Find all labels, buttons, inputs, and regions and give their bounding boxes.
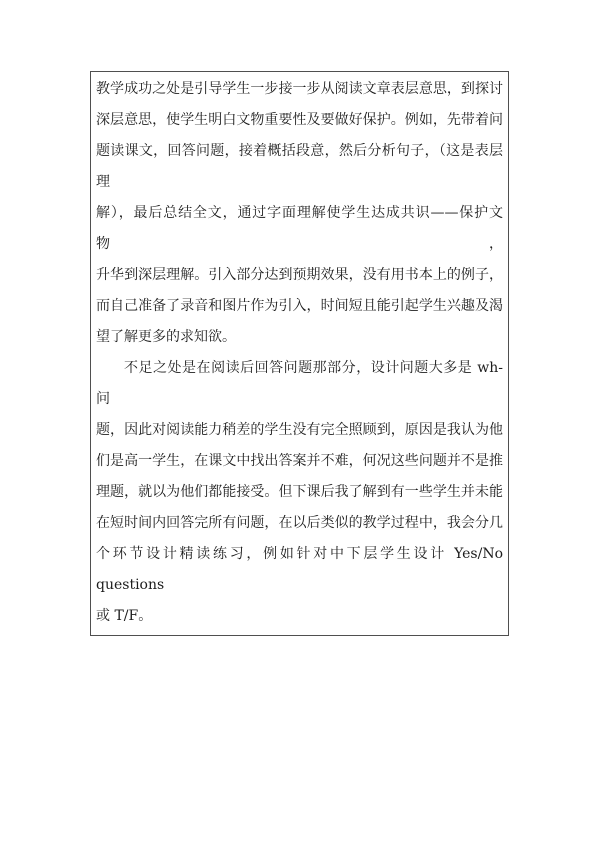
text-line: 在短时间内回答完所有问题，在以后类似的教学过程中，我会分几 [96, 508, 503, 539]
text-line: 而自己准备了录音和图片作为引入，时间短且能引起学生兴趣及渴 [96, 291, 503, 322]
text-line: 升华到深层理解。引入部分达到预期效果，没有用书本上的例子， [96, 260, 503, 291]
text-line: 们是高一学生，在课文中找出答案并不难，何况这些问题并不是推 [96, 446, 503, 477]
text-line: 解），最后总结全文，通过字面理解使学生达成共识——保护文物， [96, 198, 503, 260]
document-page: 教学成功之处是引导学生一步接一步从阅读文章表层意思，到探讨深层意思，使学生明白文… [0, 0, 595, 842]
text-line: 深层意思，使学生明白文物重要性及要做好保护。例如，先带着问 [96, 105, 503, 136]
text-line: 望了解更多的求知欲。 [96, 322, 503, 353]
text-line: 题读课文，回答问题，接着概括段意，然后分析句子，（这是表层理 [96, 136, 503, 198]
text-line: 或 T/F。 [96, 601, 503, 632]
paragraph: 教学成功之处是引导学生一步接一步从阅读文章表层意思，到探讨深层意思，使学生明白文… [96, 74, 503, 353]
text-line: 理题，就以为他们都能接受。但下课后我了解到有一些学生并未能 [96, 477, 503, 508]
text-line: 不足之处是在阅读后回答问题那部分，设计问题大多是 wh-问 [96, 353, 503, 415]
paragraph: 不足之处是在阅读后回答问题那部分，设计问题大多是 wh-问题，因此对阅读能力稍差… [96, 353, 503, 632]
text-line: 个环节设计精读练习，例如针对中下层学生设计 Yes/No questions [96, 539, 503, 601]
table-cell: 教学成功之处是引导学生一步接一步从阅读文章表层意思，到探讨深层意思，使学生明白文… [90, 71, 509, 636]
text-line: 题，因此对阅读能力稍差的学生没有完全照顾到，原因是我认为他 [96, 415, 503, 446]
text-line: 教学成功之处是引导学生一步接一步从阅读文章表层意思，到探讨 [96, 74, 503, 105]
